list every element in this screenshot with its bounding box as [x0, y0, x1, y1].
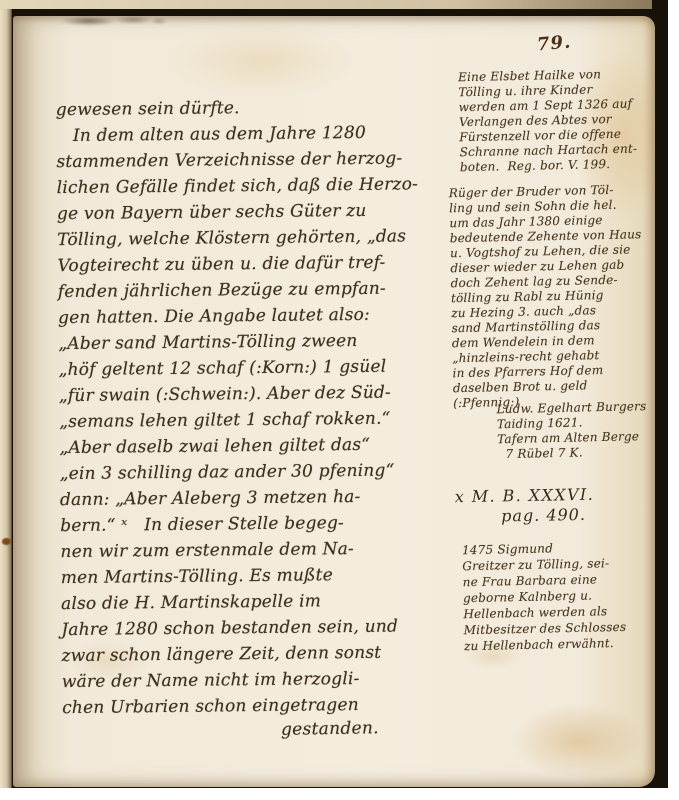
foxing-dot — [2, 538, 11, 545]
closing-line: gestanden. — [281, 718, 379, 740]
manuscript-page: 79. gewesen sein dürfte. In dem alten au… — [13, 16, 655, 787]
margin-citation: x M. B. XXXVI. pag. 490. — [455, 485, 595, 527]
previous-page-edge — [0, 0, 12, 788]
citation-page: pag. 490. — [455, 505, 595, 527]
handwritten-line: zu Hellenbach erwähnt. — [464, 634, 668, 654]
handwritten-line: boten. Reg. bor. V. 199. — [460, 156, 668, 175]
scanned-book-photo: 79. gewesen sein dürfte. In dem alten au… — [0, 0, 668, 788]
citation-volume: x M. B. XXXVI. — [455, 485, 595, 507]
top-page-edges — [0, 0, 652, 9]
ink-bleedthrough-mark — [61, 12, 171, 30]
margin-note-1475: 1475 SigmundGreitzer zu Tölling, sei-ne … — [462, 538, 668, 654]
handwritten-line: lichen Gefälle findet sich, daß die Herz… — [57, 171, 459, 201]
margin-note-1380: Rüger der Bruder von Töl-ling und sein S… — [449, 182, 666, 411]
handwritten-line: Tölling, welche Klöstern gehörten, „das — [57, 223, 459, 253]
margin-note-1326: Eine Elsbet Hailke vonTölling u. ihre Ki… — [458, 66, 668, 175]
handwritten-line: 7 Rübel 7 K. — [497, 443, 668, 462]
page-number: 79. — [536, 32, 572, 56]
main-text-block: gewesen sein dürfte. In dem alten aus de… — [56, 93, 465, 721]
margin-note-1621: Ludw. Egelhart BurgersTaiding 1621.Tafer… — [496, 398, 668, 462]
handwritten-line: chen Urbarien schon eingetragen — [62, 691, 464, 721]
